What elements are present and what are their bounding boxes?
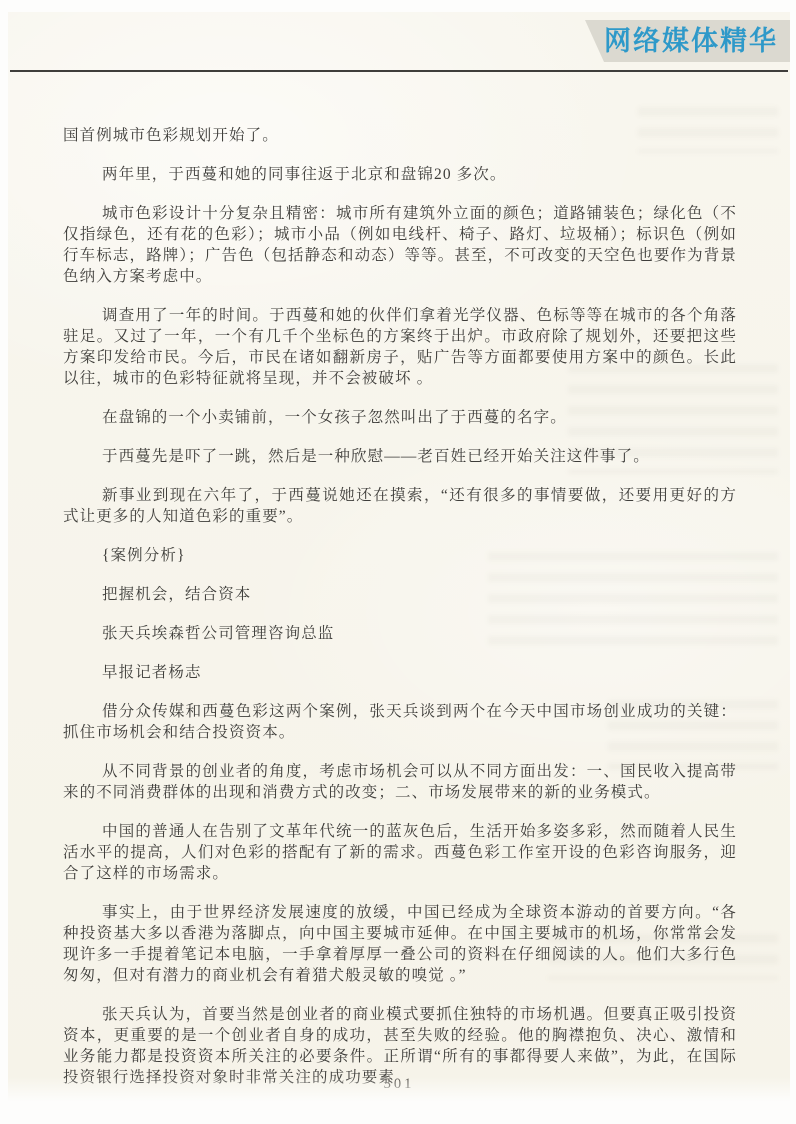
paragraph: 城市色彩设计十分复杂且精密：城市所有建筑外立面的颜色；道路铺装色；绿化色（不仅指… — [63, 203, 737, 287]
paragraph: 早报记者杨志 — [63, 662, 737, 683]
paragraph: 国首例城市色彩规划开始了。 — [63, 125, 737, 146]
paragraph: 于西蔓先是吓了一跳，然后是一种欣慰——老百姓已经开始关注这件事了。 — [63, 446, 737, 467]
paragraph: {案例分析} — [63, 545, 737, 566]
paragraph: 两年里，于西蔓和她的同事往返于北京和盘锦20 多次。 — [63, 164, 737, 185]
paragraph: 在盘锦的一个小卖铺前，一个女孩子忽然叫出了于西蔓的名字。 — [63, 407, 737, 428]
body-paragraphs: 国首例城市色彩规划开始了。两年里，于西蔓和她的同事往返于北京和盘锦20 多次。城… — [63, 125, 737, 1106]
paragraph: 中国的普通人在告别了文革年代统一的蓝灰色后，生活开始多姿多彩，然而随着人民生活水… — [63, 821, 737, 884]
paragraph: 把握机会，结合资本 — [63, 584, 737, 605]
header-divider — [10, 70, 788, 72]
paragraph: 调查用了一年的时间。于西蔓和她的伙伴们拿着光学仪器、色标等等在城市的各个角落驻足… — [63, 305, 737, 389]
book-page: 网络媒体精华 国首例城市色彩规划开始了。两年里，于西蔓和她的同事往返于北京和盘锦… — [8, 12, 790, 1104]
paragraph: 新事业到现在六年了，于西蔓说她还在摸索，“还有很多的事情要做，还要用更好的方式让… — [63, 485, 737, 527]
paragraph: 事实上，由于世界经济发展速度的放缓，中国已经成为全球资本游动的首要方向。“各种投… — [63, 902, 737, 986]
page-title: 网络媒体精华 — [585, 20, 790, 62]
paragraph: 从不同背景的创业者的角度，考虑市场机会可以从不同方面出发：一、国民收入提高带来的… — [63, 761, 737, 803]
page-number: 301 — [8, 1076, 790, 1093]
paragraph: 张天兵埃森哲公司管理咨询总监 — [63, 623, 737, 644]
paragraph: 借分众传媒和西蔓色彩这两个案例，张天兵谈到两个在今天中国市场创业成功的关键：抓住… — [63, 701, 737, 743]
header-band: 网络媒体精华 — [585, 20, 790, 62]
